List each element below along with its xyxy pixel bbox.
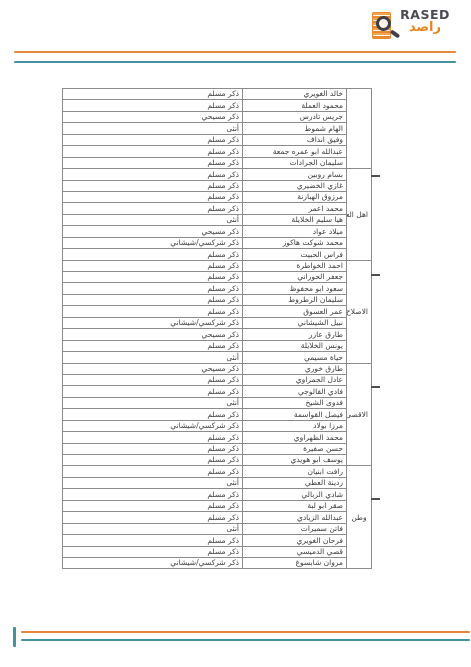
candidate-row: ذكر مسلمخالد الغويري: [63, 89, 372, 100]
footer-rule-orange: [21, 631, 470, 633]
candidate-name-cell: يوسف ابو هويدي: [243, 455, 347, 466]
group-label-cell: [347, 89, 372, 169]
candidate-name-cell: طارق عازر: [243, 329, 347, 340]
candidate-name-cell: الهام شموط: [243, 123, 347, 134]
group-boundary-tick: [371, 274, 380, 276]
candidate-name-cell: شادي الزبالي: [243, 489, 347, 500]
candidate-row: ذكر مسلمفادي الفالوجي: [63, 386, 372, 397]
candidate-row: أنثىفاتن سميرات: [63, 523, 372, 534]
candidate-row: ذكر مسلمسعود ابو محفوظ: [63, 283, 372, 294]
candidate-name-cell: محمد اعمر: [243, 203, 347, 214]
candidate-attr-cell: ذكر مسلم: [63, 512, 243, 523]
candidate-name-cell: احمد الخواطرة: [243, 260, 347, 271]
candidate-row: ذكر شركسي/شيشانيمرزا بولاد: [63, 420, 372, 431]
candidate-row: ذكر مسلمعمر العسوق: [63, 306, 372, 317]
candidate-attr-cell: ذكر مسلم: [63, 169, 243, 180]
candidate-attr-cell: ذكر مسلم: [63, 409, 243, 420]
group-boundary-tick: [371, 498, 380, 500]
candidate-row: ذكر مسلمعبدالله ابو عمره جمعة: [63, 146, 372, 157]
candidate-row: أنثىردينة العطي: [63, 477, 372, 488]
candidate-name-cell: فاتن سميرات: [243, 523, 347, 534]
candidate-attr-cell: ذكر مسيحي: [63, 329, 243, 340]
candidate-attr-cell: ذكر مسلم: [63, 89, 243, 100]
candidate-row: ذكر مسيحيطارق عازر: [63, 329, 372, 340]
candidate-row: ذكر مسلمقصي الدميسي: [63, 546, 372, 557]
candidate-attr-cell: ذكر مسيحي: [63, 226, 243, 237]
candidate-row: ذكر مسلماحمد الخواطرةالاصلاح: [63, 260, 372, 271]
candidate-name-cell: عادل الجمراوي: [243, 374, 347, 385]
candidate-row: ذكر مسلمجعفر الحوراني: [63, 272, 372, 283]
candidate-row: ذكر مسلممرزوق الهبارنة: [63, 191, 372, 202]
candidate-attr-cell: ذكر مسلم: [63, 340, 243, 351]
candidate-name-cell: فرحان الغويري: [243, 535, 347, 546]
candidate-name-cell: هيا سليم الخلايلة: [243, 214, 347, 225]
candidate-attr-cell: ذكر شركسي/شيشاني: [63, 317, 243, 328]
candidate-row: أنثىالهام شموط: [63, 123, 372, 134]
candidate-name-cell: رافت ابنيان: [243, 466, 347, 477]
candidate-attr-cell: ذكر مسلم: [63, 386, 243, 397]
candidate-row: ذكر مسلمبسام روبيناهل العزم: [63, 169, 372, 180]
candidate-attr-cell: ذكر شركسي/شيشاني: [63, 557, 243, 568]
candidate-attr-cell: أنثى: [63, 352, 243, 363]
document-page: RASED راصد ذكر مسلمخالد الغويريذكر مسلمم…: [0, 0, 471, 667]
candidate-attr-cell: ذكر شركسي/شيشاني: [63, 420, 243, 431]
candidate-name-cell: جريس تادرس: [243, 111, 347, 122]
candidate-row: ذكر مسلمشادي الزبالي: [63, 489, 372, 500]
candidate-name-cell: طارق خوري: [243, 363, 347, 374]
magnifier-list-icon: [370, 10, 400, 42]
candidate-row: ذكر مسيحيجريس تادرس: [63, 111, 372, 122]
candidate-name-cell: فراس الحبيت: [243, 249, 347, 260]
candidate-attr-cell: ذكر مسلم: [63, 272, 243, 283]
group-label-cell: الاقصى: [347, 363, 372, 466]
candidate-row: ذكر مسلمسليمان الجرادات: [63, 157, 372, 168]
candidate-name-cell: غازي الخضيري: [243, 180, 347, 191]
candidate-row: ذكر مسلمعادل الجمراوي: [63, 374, 372, 385]
candidate-attr-cell: ذكر مسلم: [63, 249, 243, 260]
candidate-name-cell: فيصل القواسمة: [243, 409, 347, 420]
candidate-name-cell: محمود العملة: [243, 100, 347, 111]
candidate-name-cell: يونس الخلايلة: [243, 340, 347, 351]
candidate-name-cell: صقر ابو لبة: [243, 500, 347, 511]
candidate-attr-cell: أنثى: [63, 523, 243, 534]
candidate-attr-cell: ذكر مسلم: [63, 134, 243, 145]
candidate-attr-cell: ذكر مسلم: [63, 294, 243, 305]
candidate-attr-cell: ذكر مسلم: [63, 500, 243, 511]
candidate-row: أنثىهيا سليم الخلايلة: [63, 214, 372, 225]
candidate-attr-cell: أنثى: [63, 477, 243, 488]
candidate-name-cell: عمر العسوق: [243, 306, 347, 317]
candidate-row: ذكر مسلممحمد اعمر: [63, 203, 372, 214]
candidate-attr-cell: ذكر مسلم: [63, 180, 243, 191]
candidate-name-cell: فدوى الشيخ: [243, 397, 347, 408]
candidate-attr-cell: أنثى: [63, 123, 243, 134]
candidate-row: ذكر مسلممحمد الظهراوي: [63, 432, 372, 443]
footer-rule-teal: [21, 639, 470, 641]
candidate-attr-cell: ذكر مسلم: [63, 157, 243, 168]
candidate-name-cell: عبدالله الزيادي: [243, 512, 347, 523]
footer-left-bar: [13, 627, 16, 647]
header-rule-teal: [14, 61, 456, 63]
candidate-attr-cell: ذكر مسلم: [63, 546, 243, 557]
candidate-name-cell: نبيل الشيشاني: [243, 317, 347, 328]
candidate-name-cell: بسام روبين: [243, 169, 347, 180]
candidate-row: ذكر شركسي/شيشانيمروان شابسوغ: [63, 557, 372, 568]
candidate-name-cell: محمد الظهراوي: [243, 432, 347, 443]
candidate-name-cell: سليمان الرطروط: [243, 294, 347, 305]
candidate-name-cell: حسن صفيرة: [243, 443, 347, 454]
candidate-row: ذكر مسلمفرحان الغويري: [63, 535, 372, 546]
candidate-row: ذكر مسلميونس الخلايلة: [63, 340, 372, 351]
candidate-attr-cell: ذكر مسلم: [63, 455, 243, 466]
candidate-row: ذكر مسلميوسف ابو هويدي: [63, 455, 372, 466]
candidate-attr-cell: ذكر مسيحي: [63, 363, 243, 374]
candidate-row: ذكر مسلموفيق انداف: [63, 134, 372, 145]
group-boundary-tick: [371, 386, 380, 388]
candidate-row: ذكر مسلمرافت ابنيانوطن: [63, 466, 372, 477]
group-label-cell: اهل العزم: [347, 169, 372, 261]
rased-logo: RASED راصد: [370, 5, 452, 45]
candidate-name-cell: خالد الغويري: [243, 89, 347, 100]
candidate-attr-cell: ذكر مسلم: [63, 535, 243, 546]
candidate-name-cell: عبدالله ابو عمره جمعة: [243, 146, 347, 157]
candidate-attr-cell: ذكر مسلم: [63, 203, 243, 214]
candidate-name-cell: حياة مسيمي: [243, 352, 347, 363]
candidate-attr-cell: أنثى: [63, 214, 243, 225]
candidate-row: ذكر مسلممحمود العملة: [63, 100, 372, 111]
candidate-attr-cell: أنثى: [63, 397, 243, 408]
magnifier-handle-icon: [390, 29, 400, 38]
candidate-name-cell: سعود ابو محفوظ: [243, 283, 347, 294]
candidate-name-cell: مرزوق الهبارنة: [243, 191, 347, 202]
logo-wordmark: RASED راصد: [400, 8, 450, 35]
candidate-row: ذكر مسلمغازي الخضيري: [63, 180, 372, 191]
candidate-name-cell: جعفر الحوراني: [243, 272, 347, 283]
candidate-name-cell: مروان شابسوغ: [243, 557, 347, 568]
candidate-row: ذكر مسلمفراس الحبيت: [63, 249, 372, 260]
candidate-attr-cell: ذكر مسلم: [63, 146, 243, 157]
candidate-attr-cell: ذكر مسلم: [63, 260, 243, 271]
candidate-attr-cell: ذكر مسلم: [63, 374, 243, 385]
candidate-row: ذكر شركسي/شيشانينبيل الشيشاني: [63, 317, 372, 328]
candidate-row: ذكر شركسي/شيشانيمحمد شوكت هاكوز: [63, 237, 372, 248]
candidate-attr-cell: ذكر مسيحي: [63, 111, 243, 122]
candidate-attr-cell: ذكر مسلم: [63, 432, 243, 443]
candidate-row: ذكر مسلمحسن صفيرة: [63, 443, 372, 454]
candidate-row: ذكر مسيحيميلاد عواد: [63, 226, 372, 237]
candidate-row: ذكر مسيحيطارق خوريالاقصى: [63, 363, 372, 374]
candidate-attr-cell: ذكر مسلم: [63, 100, 243, 111]
magnifier-lens-icon: [376, 16, 391, 31]
group-label-cell: وطن: [347, 466, 372, 569]
candidate-row: ذكر مسلمعبدالله الزيادي: [63, 512, 372, 523]
candidate-attr-cell: ذكر مسلم: [63, 306, 243, 317]
candidate-attr-cell: ذكر شركسي/شيشاني: [63, 237, 243, 248]
candidate-name-cell: مرزا بولاد: [243, 420, 347, 431]
candidate-name-cell: سليمان الجرادات: [243, 157, 347, 168]
candidate-attr-cell: ذكر مسلم: [63, 489, 243, 500]
candidate-attr-cell: ذكر مسلم: [63, 283, 243, 294]
candidate-name-cell: وفيق انداف: [243, 134, 347, 145]
candidate-name-cell: قصي الدميسي: [243, 546, 347, 557]
candidate-row: أنثىحياة مسيمي: [63, 352, 372, 363]
candidate-attr-cell: ذكر مسلم: [63, 443, 243, 454]
candidate-name-cell: ردينة العطي: [243, 477, 347, 488]
group-label-cell: الاصلاح: [347, 260, 372, 363]
candidate-attr-cell: ذكر مسلم: [63, 466, 243, 477]
candidate-row: أنثىفدوى الشيخ: [63, 397, 372, 408]
group-boundary-tick: [371, 175, 380, 177]
candidate-attr-cell: ذكر مسلم: [63, 191, 243, 202]
candidate-name-cell: فادي الفالوجي: [243, 386, 347, 397]
candidate-row: ذكر مسلمصقر ابو لبة: [63, 500, 372, 511]
header-rule-orange: [14, 51, 456, 53]
candidate-row: ذكر مسلمسليمان الرطروط: [63, 294, 372, 305]
candidates-table: ذكر مسلمخالد الغويريذكر مسلممحمود العملة…: [62, 88, 372, 569]
candidate-name-cell: محمد شوكت هاكوز: [243, 237, 347, 248]
candidate-row: ذكر مسلمفيصل القواسمة: [63, 409, 372, 420]
candidate-name-cell: ميلاد عواد: [243, 226, 347, 237]
logo-arabic-text: راصد: [400, 21, 450, 35]
